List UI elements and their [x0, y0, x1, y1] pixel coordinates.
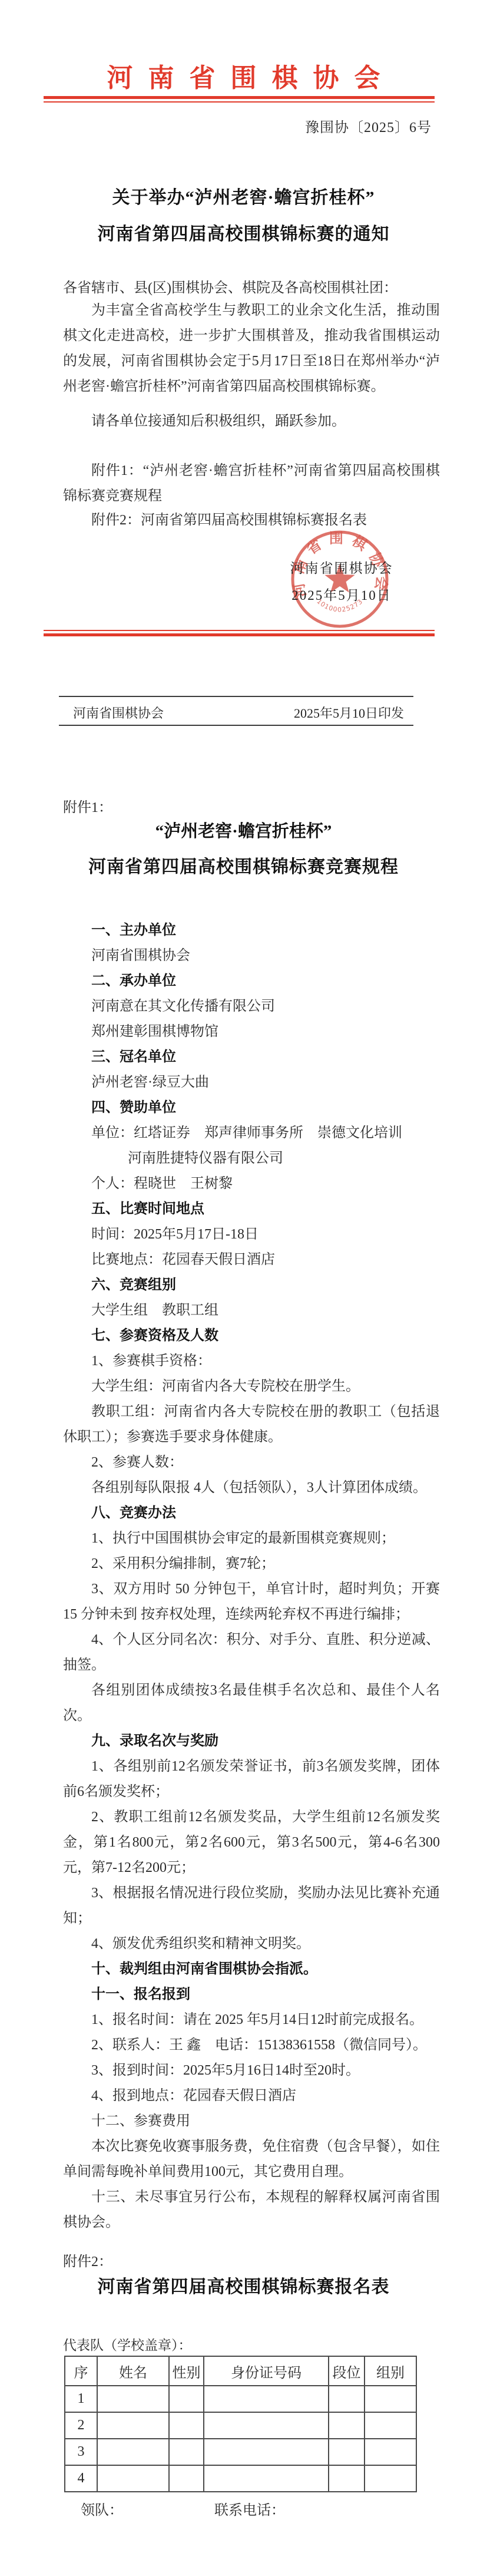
- signature-date: 2025年5月10日: [264, 584, 419, 604]
- body-line: 河南省围棋协会: [63, 943, 440, 969]
- body-line: 比赛地点：花园春天假日酒店: [63, 1247, 440, 1273]
- section-heading: 一、主办单位: [63, 918, 440, 943]
- body-line: 郑州建彰围棋博物馆: [63, 1019, 440, 1045]
- cell-rank: [329, 2412, 365, 2439]
- table-header-row: 序 姓名 性别 身份证号码 段位 组别: [65, 2356, 416, 2386]
- body-line: 3、报到时间：2025年5月16日14时至20时。: [63, 2058, 440, 2083]
- section-heading: 九、录取名次与奖励: [63, 1729, 440, 1754]
- cell-group: [365, 2439, 416, 2465]
- section-heading: 五、比赛时间地点: [63, 1197, 440, 1222]
- letterhead-rule-thick: [44, 96, 435, 99]
- cell-id: [204, 2412, 329, 2439]
- attachment-reference-1: 附件1：“泸州老窖·蟾宫折桂杯”河南省第四届高校围棋锦标赛竞赛规程: [63, 458, 440, 509]
- cell-gender: [169, 2412, 204, 2439]
- body-line: 大学生组 教职工组: [63, 1298, 440, 1323]
- cell-id: [204, 2439, 329, 2465]
- body-line: 大学生组：河南省内各大专院校在册学生。: [63, 1374, 440, 1399]
- body-line: 个人：程晓世 王树黎: [63, 1171, 440, 1197]
- body-line: 1、报名时间：请在 2025 年5月14日12时前完成报名。: [63, 2007, 440, 2033]
- team-stamp-label: 代表队（学校盖章）：: [63, 2334, 192, 2354]
- body-line: 4、报到地点：花园春天假日酒店: [63, 2083, 440, 2109]
- body-line: 教职工组：河南省内各大专院校在册的教职工（包括退休职工）；参赛选手要求身体健康。: [63, 1399, 440, 1450]
- body-line: 各组别每队限报 4人（包括领队），3人计算团体成绩。: [63, 1475, 440, 1501]
- section-heading: 三、冠名单位: [63, 1045, 440, 1070]
- attachment1-body: 一、主办单位 河南省围棋协会 二、承办单位 河南意在其文化传播有限公司 郑州建彰…: [63, 918, 440, 2235]
- section-heading: 四、赞助单位: [63, 1095, 440, 1121]
- body-line: 1、各组别前12名颁发荣誉证书，前3名颁发奖牌，团体前6名颁发奖杯；: [63, 1754, 440, 1805]
- cell-index: 2: [65, 2412, 97, 2439]
- cell-index: 3: [65, 2439, 97, 2465]
- cell-rank: [329, 2465, 365, 2492]
- cell-group: [365, 2386, 416, 2412]
- contact-phone-label: 联系电话：: [214, 2498, 285, 2519]
- section-heading: 六、竞赛组别: [63, 1273, 440, 1298]
- body-line: 2、联系人：王 鑫 电话：15138361558（微信同号）。: [63, 2033, 440, 2058]
- body-line: 河南胜捷特仪器有限公司: [63, 1146, 440, 1171]
- notice-title-line2: 河南省第四届高校围棋锦标赛的通知: [0, 219, 487, 245]
- cell-id: [204, 2465, 329, 2492]
- footer-issuer: 河南省围棋协会: [73, 704, 164, 722]
- body-line: 泸州老窖·绿豆大曲: [63, 1070, 440, 1095]
- closing-rule-thin: [44, 630, 435, 631]
- footer-rule-bottom: [59, 725, 413, 726]
- notice-title-line1: 关于举办“泸州老窖·蟾宫折桂杯”: [0, 183, 487, 209]
- body-line: 时间：2025年5月17日-18日: [63, 1222, 440, 1247]
- section-heading: 十、裁判组由河南省围棋协会指派。: [63, 1957, 440, 1982]
- cell-rank: [329, 2386, 365, 2412]
- footer-print-date: 2025年5月10日印发: [294, 704, 404, 722]
- col-header-index: 序: [65, 2356, 97, 2386]
- cell-name: [97, 2439, 169, 2465]
- table-row: 1: [65, 2386, 416, 2412]
- body-line: 河南意在其文化传播有限公司: [63, 994, 440, 1019]
- salutation: 各省辖市、县(区)围棋协会、棋院及各高校围棋社团：: [63, 276, 397, 296]
- footer-rule-top: [59, 696, 413, 697]
- body-line: 4、颁发优秀组织奖和精神文明奖。: [63, 1931, 440, 1957]
- letterhead-org-title: 河南省围棋协会: [0, 64, 487, 93]
- col-header-gender: 性别: [169, 2356, 204, 2386]
- body-line: 各组别团体成绩按3名最佳棋手名次总和、最佳个人名次。: [63, 1678, 440, 1729]
- attachment1-title-line1: “泸州老窖·蟾宫折桂杯”: [0, 818, 487, 842]
- col-header-group: 组别: [365, 2356, 416, 2386]
- table-row: 3: [65, 2439, 416, 2465]
- section-heading: 二、承办单位: [63, 969, 440, 994]
- body-line: 1、执行中国围棋协会审定的最新围棋竞赛规则；: [63, 1526, 440, 1551]
- cell-rank: [329, 2439, 365, 2465]
- table-row: 4: [65, 2465, 416, 2492]
- col-header-rank: 段位: [329, 2356, 365, 2386]
- cell-name: [97, 2386, 169, 2412]
- section-heading: 七、参赛资格及人数: [63, 1323, 440, 1349]
- col-header-name: 姓名: [97, 2356, 169, 2386]
- attachment1-title-line2: 河南省第四届高校围棋锦标赛竞赛规程: [0, 852, 487, 878]
- body-line: 1、参赛棋手资格：: [63, 1349, 440, 1374]
- body-line: 4、个人区分同名次：积分、对手分、直胜、积分逆减、抽签。: [63, 1627, 440, 1678]
- cell-gender: [169, 2465, 204, 2492]
- body-line: 3、双方用时 50 分钟包干，单官计时，超时判负；开赛 15 分钟未到 按弃权处…: [63, 1577, 440, 1627]
- cell-gender: [169, 2439, 204, 2465]
- official-seal: 河南省围棋协会 4101000252734: [290, 529, 390, 629]
- footer-imprint-row: 河南省围棋协会 2025年5月10日印发: [59, 704, 413, 722]
- closing-rule-thick: [44, 633, 435, 636]
- cell-index: 4: [65, 2465, 97, 2492]
- body-line: 2、教职工组前12名颁发奖品，大学生组前12名颁发奖金，第1名800元，第2名6…: [63, 1805, 440, 1881]
- document-number: 豫围协〔2025〕6号: [305, 115, 432, 136]
- cell-id: [204, 2386, 329, 2412]
- cell-name: [97, 2465, 169, 2492]
- section-heading: 八、竞赛办法: [63, 1501, 440, 1526]
- body-line: 十三、未尽事宜另行公布，本规程的解释权属河南省围棋协会。: [63, 2185, 440, 2235]
- cell-group: [365, 2465, 416, 2492]
- notice-paragraph-1: 为丰富全省高校学生与教职工的业余文化生活，推动围棋文化走进高校，进一步扩大围棋普…: [63, 298, 440, 399]
- section-heading: 十一、报名报到: [63, 1982, 440, 2007]
- cell-gender: [169, 2386, 204, 2412]
- body-line: 2、参赛人数：: [63, 1450, 440, 1475]
- attachment1-label: 附件1：: [63, 795, 112, 816]
- cell-index: 1: [65, 2386, 97, 2412]
- cell-name: [97, 2412, 169, 2439]
- signature-org: 河南省围棋协会: [264, 557, 419, 577]
- col-header-id: 身份证号码: [204, 2356, 329, 2386]
- letterhead-rule-thin: [44, 101, 435, 103]
- body-line: 十二、参赛费用: [63, 2109, 440, 2134]
- body-line: 本次比赛免收赛事服务费，免住宿费（包含早餐），如住单间需每晚补单间费用100元，…: [63, 2134, 440, 2185]
- registration-table: 序 姓名 性别 身份证号码 段位 组别 1 2: [64, 2356, 417, 2492]
- body-line: 2、采用积分编排制，赛7轮；: [63, 1551, 440, 1577]
- scanned-document-page: 河南省围棋协会 豫围协〔2025〕6号 关于举办“泸州老窖·蟾宫折桂杯” 河南省…: [0, 0, 487, 2576]
- team-leader-label: 领队：: [81, 2498, 123, 2519]
- body-line: 3、根据报名情况进行段位奖励，奖励办法见比赛补充通知；: [63, 1881, 440, 1931]
- notice-paragraph-2: 请各单位接通知后积极组织，踊跃参加。: [63, 409, 440, 434]
- body-line: 单位：红塔证券 郑声律师事务所 崇德文化培训: [63, 1121, 440, 1146]
- table-row: 2: [65, 2412, 416, 2439]
- attachment2-label: 附件2：: [63, 2250, 112, 2270]
- attachment2-title: 河南省第四届高校围棋锦标赛报名表: [0, 2272, 487, 2298]
- cell-group: [365, 2412, 416, 2439]
